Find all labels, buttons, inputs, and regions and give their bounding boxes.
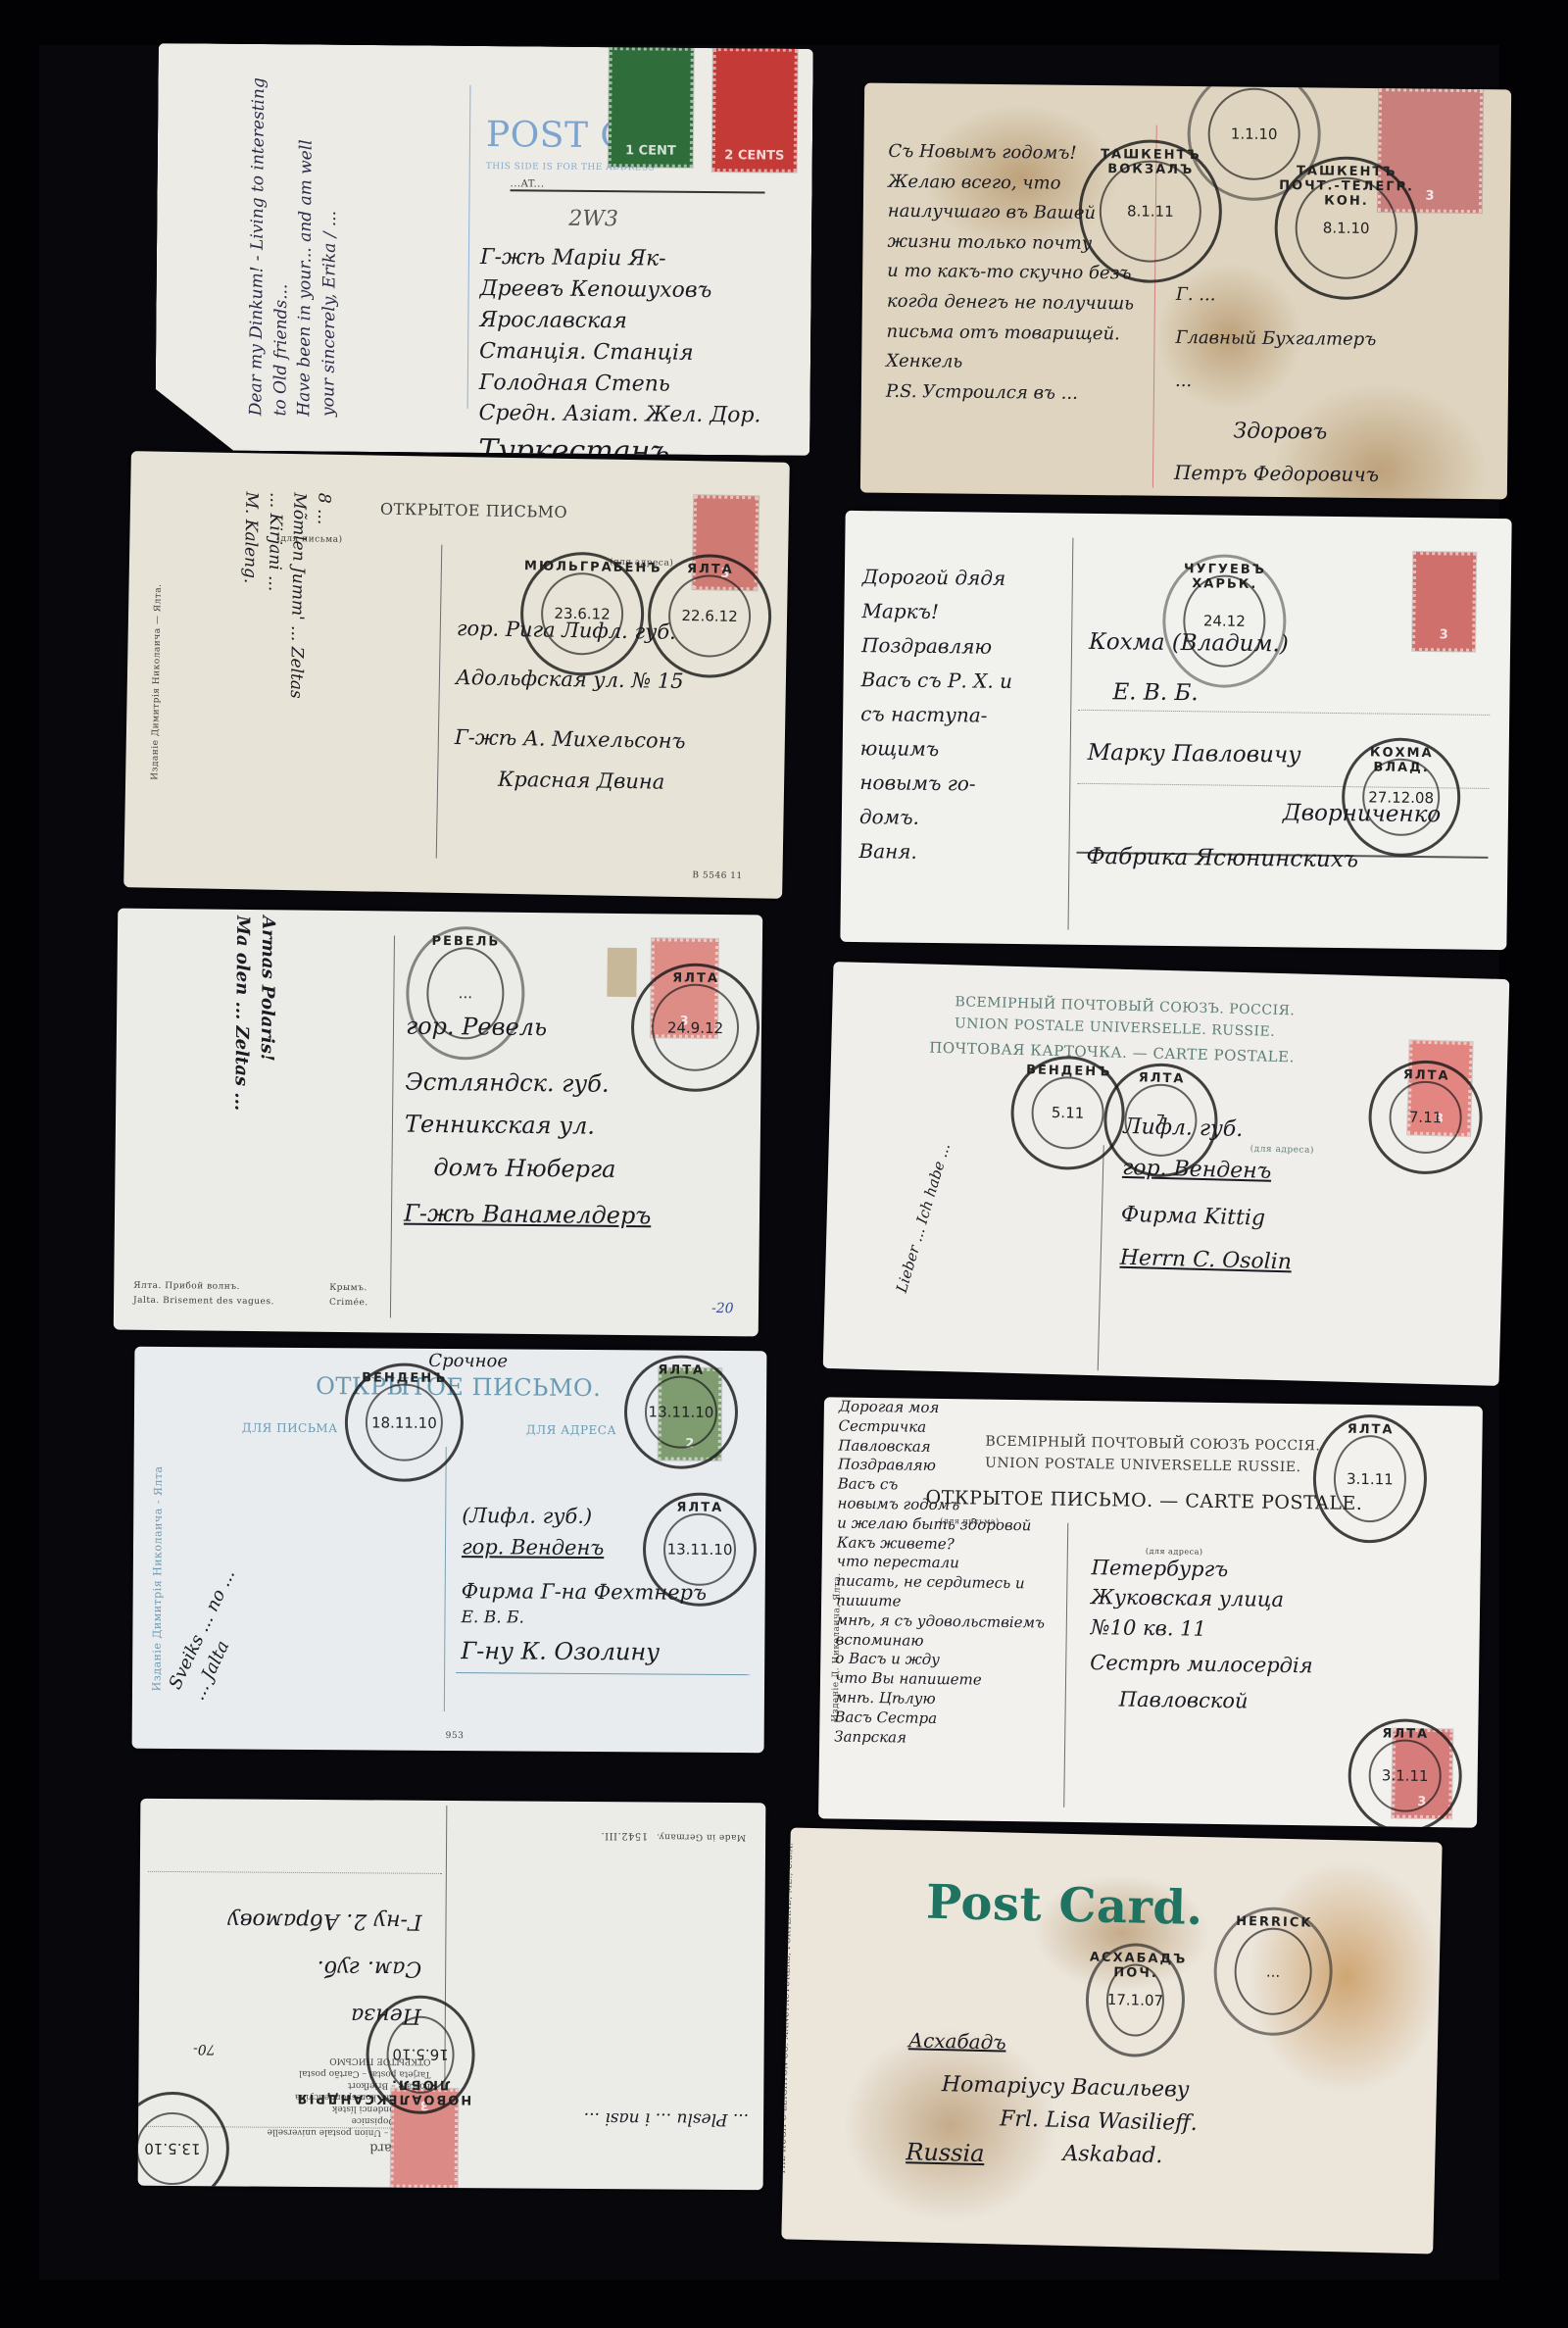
postcard: ОТКРЫТОЕ ПИСЬМО. ДЛЯ ПИСЬМА ДЛЯ АДРЕСА И… <box>132 1347 767 1753</box>
region-fr: Crimée. <box>329 1298 368 1308</box>
postcard: ВСЕМІРНЫЙ ПОЧТОВЫЙ СОЮЗЪ РОССІЯ. UNION P… <box>818 1397 1483 1827</box>
stamp-2-cents: 2 CENTS <box>712 48 798 173</box>
postcard: POST C THIS SIDE IS FOR THE ADDRESS ...A… <box>155 43 813 456</box>
caption-fr: Jalta. Brisement des vagues. <box>133 1296 274 1308</box>
region-ru: Крымъ. <box>329 1283 367 1293</box>
postcard: Ялта. Прибой волнъ. Jalta. Brisement des… <box>114 909 762 1337</box>
printed-header: POST C <box>486 115 628 156</box>
publisher: Изданіе Димитрія Николаича — Ялта. <box>150 583 163 780</box>
postcard: 3 ЧУГУЕВЪ ХАРЬК.24.12 КОХМА ВЛАД.27.12.0… <box>840 511 1511 950</box>
postmark-penza: ПЕНЗА13.5.10 <box>138 2092 230 2191</box>
message-text: Armas Polaris! Ma olen ... Zeltas ... <box>225 916 280 1289</box>
print-code: 1542.III. <box>601 1830 648 1841</box>
postcard: 3 ТАШКЕНТЪ ВОКЗАЛЪ8.1.11 ТАШКЕНТЪ ПОЧТ.-… <box>860 83 1511 500</box>
card-number: 953 <box>446 1731 465 1741</box>
postmark-yalta: ЯЛТА7.11 <box>1367 1059 1484 1175</box>
message-text: Дорогой дядя Маркъ! Поздравляю Васъ съ Р… <box>858 560 1068 871</box>
message-text: Дорогая моя Сестричка Павловская Поздрав… <box>834 1398 1074 1751</box>
address-block: Лифл. губ. гор. Венденъ Фирма Kittig Her… <box>1119 1112 1296 1278</box>
printed-header: ОТКРЫТОЕ ПИСЬМО <box>380 500 567 521</box>
message-text: Sveiks ... no ... ... Jalta <box>163 1453 318 1705</box>
stamp-1-cent: 1 CENT <box>609 47 694 168</box>
upu-line-fr: UNION POSTALE UNIVERSELLE. RUSSIE. <box>955 1015 1276 1040</box>
overprint-note: Срочное <box>428 1349 508 1375</box>
stamp-remnant <box>607 948 637 997</box>
message-text: Lieber ... Ich habe ... <box>892 988 1002 1295</box>
postcard: ВСЕМІРНЫЙ ПОЧТОВЫЙ СОЮЗЪ. РОССІЯ. UNION … <box>823 962 1510 1386</box>
cancel-line: ...AT... <box>511 178 765 193</box>
made-in: Made in Germany. <box>657 1831 746 1842</box>
address-block: Пенза Сам. губ. Г-ну 2. Абрамову <box>226 1905 421 2031</box>
right-label: ДЛЯ АДРЕСА <box>526 1423 616 1438</box>
publisher: Изданіе Димитрія Николаича - Ялта <box>150 1465 165 1691</box>
postcard: ОТКРЫТОЕ ПИСЬМО (для письма) (для адреса… <box>123 451 790 899</box>
address-block: гор. Ревель Эстляндск. губ. Тенникская у… <box>404 1010 654 1234</box>
postmark-wenden: ВЕНДЕНЪ18.11.10 <box>344 1362 464 1482</box>
address-block: Петербургъ Жуковская улица №10 кв. 11 Се… <box>1090 1553 1315 1716</box>
caption-ru: Ялта. Прибой волнъ. <box>133 1281 240 1292</box>
address-block: Асхабадъ Нотаріусу Васильеву Frl. Lisa W… <box>906 2026 1200 2175</box>
address-block: (Лифл. губ.) гор. Венденъ Фирма Г-на Фех… <box>461 1501 708 1669</box>
annotation: 2W3 <box>568 204 618 235</box>
note: 70- <box>193 2039 216 2058</box>
postcard: Post Card. THE HUGH C LEIGHTON CO. MANUF… <box>781 1828 1442 2254</box>
message-text: Dear my Dinkum! - Living to interesting … <box>244 63 344 417</box>
upu-line-ru: ВСЕМІРНЫЙ ПОЧТОВЫЙ СОЮЗЪ. РОССІЯ. <box>955 994 1295 1018</box>
address-block: гор. Рига Лифл. губ. Адольфская ул. № 15… <box>454 614 688 798</box>
postmark-yalta: ЯЛТА13.11.10 <box>624 1355 739 1469</box>
print-code: B 5546 11 <box>692 870 742 881</box>
message-text: Съ Новымъ годомъ! Желаю всего, что наилу… <box>886 137 1153 410</box>
address-block: Г. ... Главный Бухгалтеръ ... Здоровъ Пе… <box>1174 282 1381 489</box>
message-text: ... Pleslu ... i nasi ... <box>455 2105 749 2131</box>
postmark-yalta: ЯЛТА3.1.11 <box>1312 1413 1428 1544</box>
postmark-yalta: ЯЛТА3.1.11 <box>1347 1718 1463 1828</box>
left-label: ДЛЯ ПИСЬМА <box>242 1421 338 1436</box>
message-text: 8 ... Mõmlen Jumm' ... Zeltas ... Kirjan… <box>232 491 335 866</box>
note: -20 <box>711 1299 734 1319</box>
address-block: Кохма (Владим.) Е. В. Б. Марку Павловичу… <box>1086 626 1443 878</box>
address-block: Г-жѣ Маріи Як- Дреевъ Кепошуховъ Ярослав… <box>478 242 762 456</box>
postcard: Made in Germany. 1542.III. Postale Post … <box>138 1799 766 2190</box>
printed-header: Post Card. <box>926 1875 1204 1936</box>
